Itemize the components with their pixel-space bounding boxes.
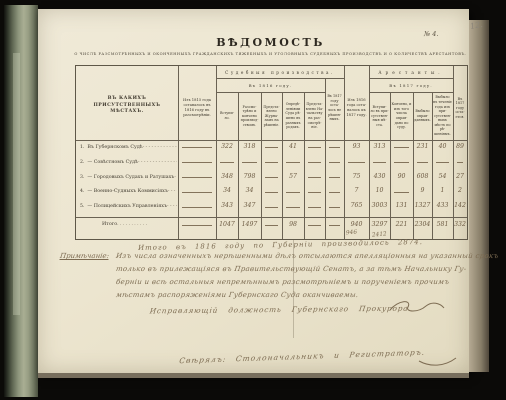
table-cell: 231 <box>413 140 432 155</box>
table-header-year-1817: Въ 1817 году. <box>369 80 453 90</box>
table-cell: 1 <box>432 184 453 199</box>
table-header-submitted-journals: Предста- влено Журна- ламъ на рѣшеніе. <box>262 94 281 138</box>
table-cell-dash <box>329 192 340 193</box>
table-cell: 313 <box>369 140 390 155</box>
table-cell-dash <box>286 207 300 208</box>
table-header-carryover-1815: Изъ 1815 года оставалось въ 1816 году въ… <box>179 80 215 136</box>
handwritten-correction: 2412 <box>372 231 387 238</box>
table-cell: 34 <box>216 184 238 199</box>
table-cell: 3003 <box>369 199 390 214</box>
table-cell: 1497 <box>238 217 261 232</box>
table-header-submitted-authorities: Предста- влено На- чальству на раз- смот… <box>305 94 324 138</box>
table-cell-dash <box>308 207 321 208</box>
table-cell: 318 <box>238 140 261 155</box>
table-cell: 608 <box>413 170 432 185</box>
table-cell: 34 <box>238 184 261 199</box>
table-header-entered: Вступи- ло. <box>217 94 237 138</box>
table-cell: 332 <box>453 217 467 232</box>
remark-line: только въ прилежащіяся въ Правительствую… <box>115 265 467 273</box>
table-gridline <box>216 78 344 79</box>
table-cell-dash <box>308 192 321 193</box>
table-cell-dash <box>308 177 321 178</box>
table-total-label: Итого . . . . . . . . . . . <box>78 217 177 232</box>
table-cell: 89 <box>453 140 467 155</box>
table-cell-dash <box>265 177 278 178</box>
table-cell: 57 <box>282 170 304 185</box>
book-page-edge-bottom <box>38 373 469 378</box>
table-header-prisoners-finished: Кончено, и изъ того числа оправ- дано по… <box>391 94 412 138</box>
table-cell: 765 <box>344 199 369 214</box>
table-cell: 40 <box>432 140 453 155</box>
table-row-label: 3.— Городовыхъ Судахъ и Ратушахъ - - - -… <box>78 170 177 185</box>
table-header-decided: Опредѣ- леніями Суда рѣ- шено въ разныхъ… <box>283 94 303 138</box>
table-cell: 221 <box>390 217 413 232</box>
remark-label: Примѣчаніе: <box>59 252 109 260</box>
table-header-year-1816: Въ 1816 году. <box>216 80 325 90</box>
table-cell-dash <box>348 162 365 163</box>
table-header-places: ВЪ КАКИХЪ ПРИСУТСТВЕННЫХЪ МѢСТАХЪ. <box>78 86 176 126</box>
table-row-label: 4.— Военно-Судныхъ Коммисіяхъ - - - - - … <box>78 184 177 199</box>
remark-line: Изъ числа означенныхъ нерѣшенными дѣлъ о… <box>115 252 499 260</box>
table-cell: 10 <box>369 184 390 199</box>
table-header-group-proceedings: Судебныя производства. <box>216 67 344 77</box>
table-cell-dash <box>308 162 321 163</box>
table-cell-dash <box>329 177 340 178</box>
table-gridline <box>325 78 326 239</box>
table-cell-dash <box>242 162 257 163</box>
table-cell-dash <box>329 225 340 226</box>
table-cell: 41 <box>282 140 304 155</box>
table-cell-dash <box>329 147 340 148</box>
table-cell-dash <box>286 192 300 193</box>
table-cell-dash <box>265 162 278 163</box>
table-cell-dash <box>394 162 409 163</box>
handwritten-correction: 946 <box>346 230 358 237</box>
verify-flourish-icon <box>418 352 458 371</box>
table-cell-dash <box>373 162 386 163</box>
table-cell: 27 <box>453 170 467 185</box>
table-cell: 433 <box>432 199 453 214</box>
table-gridline <box>369 92 453 93</box>
table-cell-dash <box>394 192 409 193</box>
table-cell-dash <box>457 162 463 163</box>
table-row-label: 1.Въ Губернскомъ Судѣ - - - - - - - - - … <box>78 140 177 155</box>
table-gridline <box>369 78 453 79</box>
table-cell: 581 <box>432 217 453 232</box>
table-cell-dash <box>182 147 212 148</box>
book-page-edges-left <box>4 5 38 397</box>
table-cell: 98 <box>282 217 304 232</box>
table-cell: 1047 <box>216 217 238 232</box>
table: ВЪ КАКИХЪ ПРИСУТСТВЕННЫХЪ МѢСТАХЪ. Изъ 1… <box>75 65 468 240</box>
table-gridline <box>178 66 179 239</box>
table-cell: 343 <box>216 199 238 214</box>
book-photo: 12. № 4. ВѢДОМОСТЬ О ЧИСЛѢ РАЗСМОТРѢННЫХ… <box>0 0 506 400</box>
remark-line: мѣстамъ распоряженіями Губернскаго Суда … <box>115 291 359 299</box>
table-cell-dash <box>265 147 278 148</box>
table-cell-dash <box>436 162 449 163</box>
signature-flourish-icon <box>388 299 446 319</box>
table-cell-dash <box>182 207 212 208</box>
table-cell: 93 <box>344 140 369 155</box>
table-cell-dash <box>265 192 278 193</box>
table-cell-dash <box>308 147 321 148</box>
table-cell-dash <box>308 225 321 226</box>
table-cell: 54 <box>432 170 453 185</box>
table-cell-dash <box>329 162 340 163</box>
table-cell: 131 <box>390 199 413 214</box>
table-header-examined: Разсмо- трѣно и кончено производ- ствомъ… <box>239 94 260 138</box>
table-row-label: 2.— Совѣстномъ Судѣ - - - - - - - - - - … <box>78 155 177 170</box>
table-cell: 322 <box>216 140 238 155</box>
table-cell: 430 <box>369 170 390 185</box>
table-cell-dash <box>182 192 212 193</box>
table-cell: 348 <box>216 170 238 185</box>
table-gridline <box>216 92 325 93</box>
table-cell: 90 <box>390 170 413 185</box>
table-cell: 2 <box>453 184 467 199</box>
table-cell-dash <box>182 162 212 163</box>
table-header-prisoners-released: Выбыло оправ- данныхъ. <box>414 94 431 138</box>
table-row-label: 5.— Полицейскихъ Управленіяхъ - - - - - … <box>78 199 177 214</box>
table-cell: 7 <box>344 184 369 199</box>
table-header-prisoners-left: Выбыло въ теченіе года изъ при- сутствен… <box>433 94 452 138</box>
table-cell-dash <box>329 207 340 208</box>
page-title: ВѢДОМОСТЬ <box>75 36 466 49</box>
table-cell-dash <box>286 162 300 163</box>
table-cell-dash <box>182 225 212 226</box>
table-cell: 3297 <box>369 217 390 232</box>
table-header-carryover-1816: Изъ 1816 года оста- валось къ 1817 году. <box>345 80 368 136</box>
table-cell-dash <box>182 177 212 178</box>
remark-line: берніи и всѣ остальныя непремѣннымъ разс… <box>115 278 449 286</box>
table-cell: 798 <box>238 170 261 185</box>
table-cell: 142 <box>453 199 467 214</box>
table-header-remains-1817: Въ 1817 году оста- ется. <box>454 80 466 136</box>
page-subtitle: О ЧИСЛѢ РАЗСМОТРѢННЫХЪ И ОКОНЧЕННЫХЪ ГРА… <box>70 52 471 56</box>
table-cell: 9 <box>413 184 432 199</box>
table-cell: 2304 <box>413 217 432 232</box>
table-cell-dash <box>220 162 234 163</box>
table-cell-dash <box>265 207 278 208</box>
table-cell: 75 <box>344 170 369 185</box>
table-cell-dash <box>265 225 278 226</box>
table-header-remaining-1817: Въ 1817 году оста- лось не рѣшен- ныхъ. <box>326 80 343 136</box>
table-cell-dash <box>417 162 428 163</box>
table-cell: 347 <box>238 199 261 214</box>
table-header-group-prisoners: Арестанты. <box>369 67 453 77</box>
table-cell: 1327 <box>413 199 432 214</box>
table-cell-dash <box>394 147 409 148</box>
table-header-prisoners-entered: Вступи- ло въ при- сутствен- ныя мѣ- ста… <box>370 94 389 138</box>
book-page-edges-right <box>469 20 489 372</box>
